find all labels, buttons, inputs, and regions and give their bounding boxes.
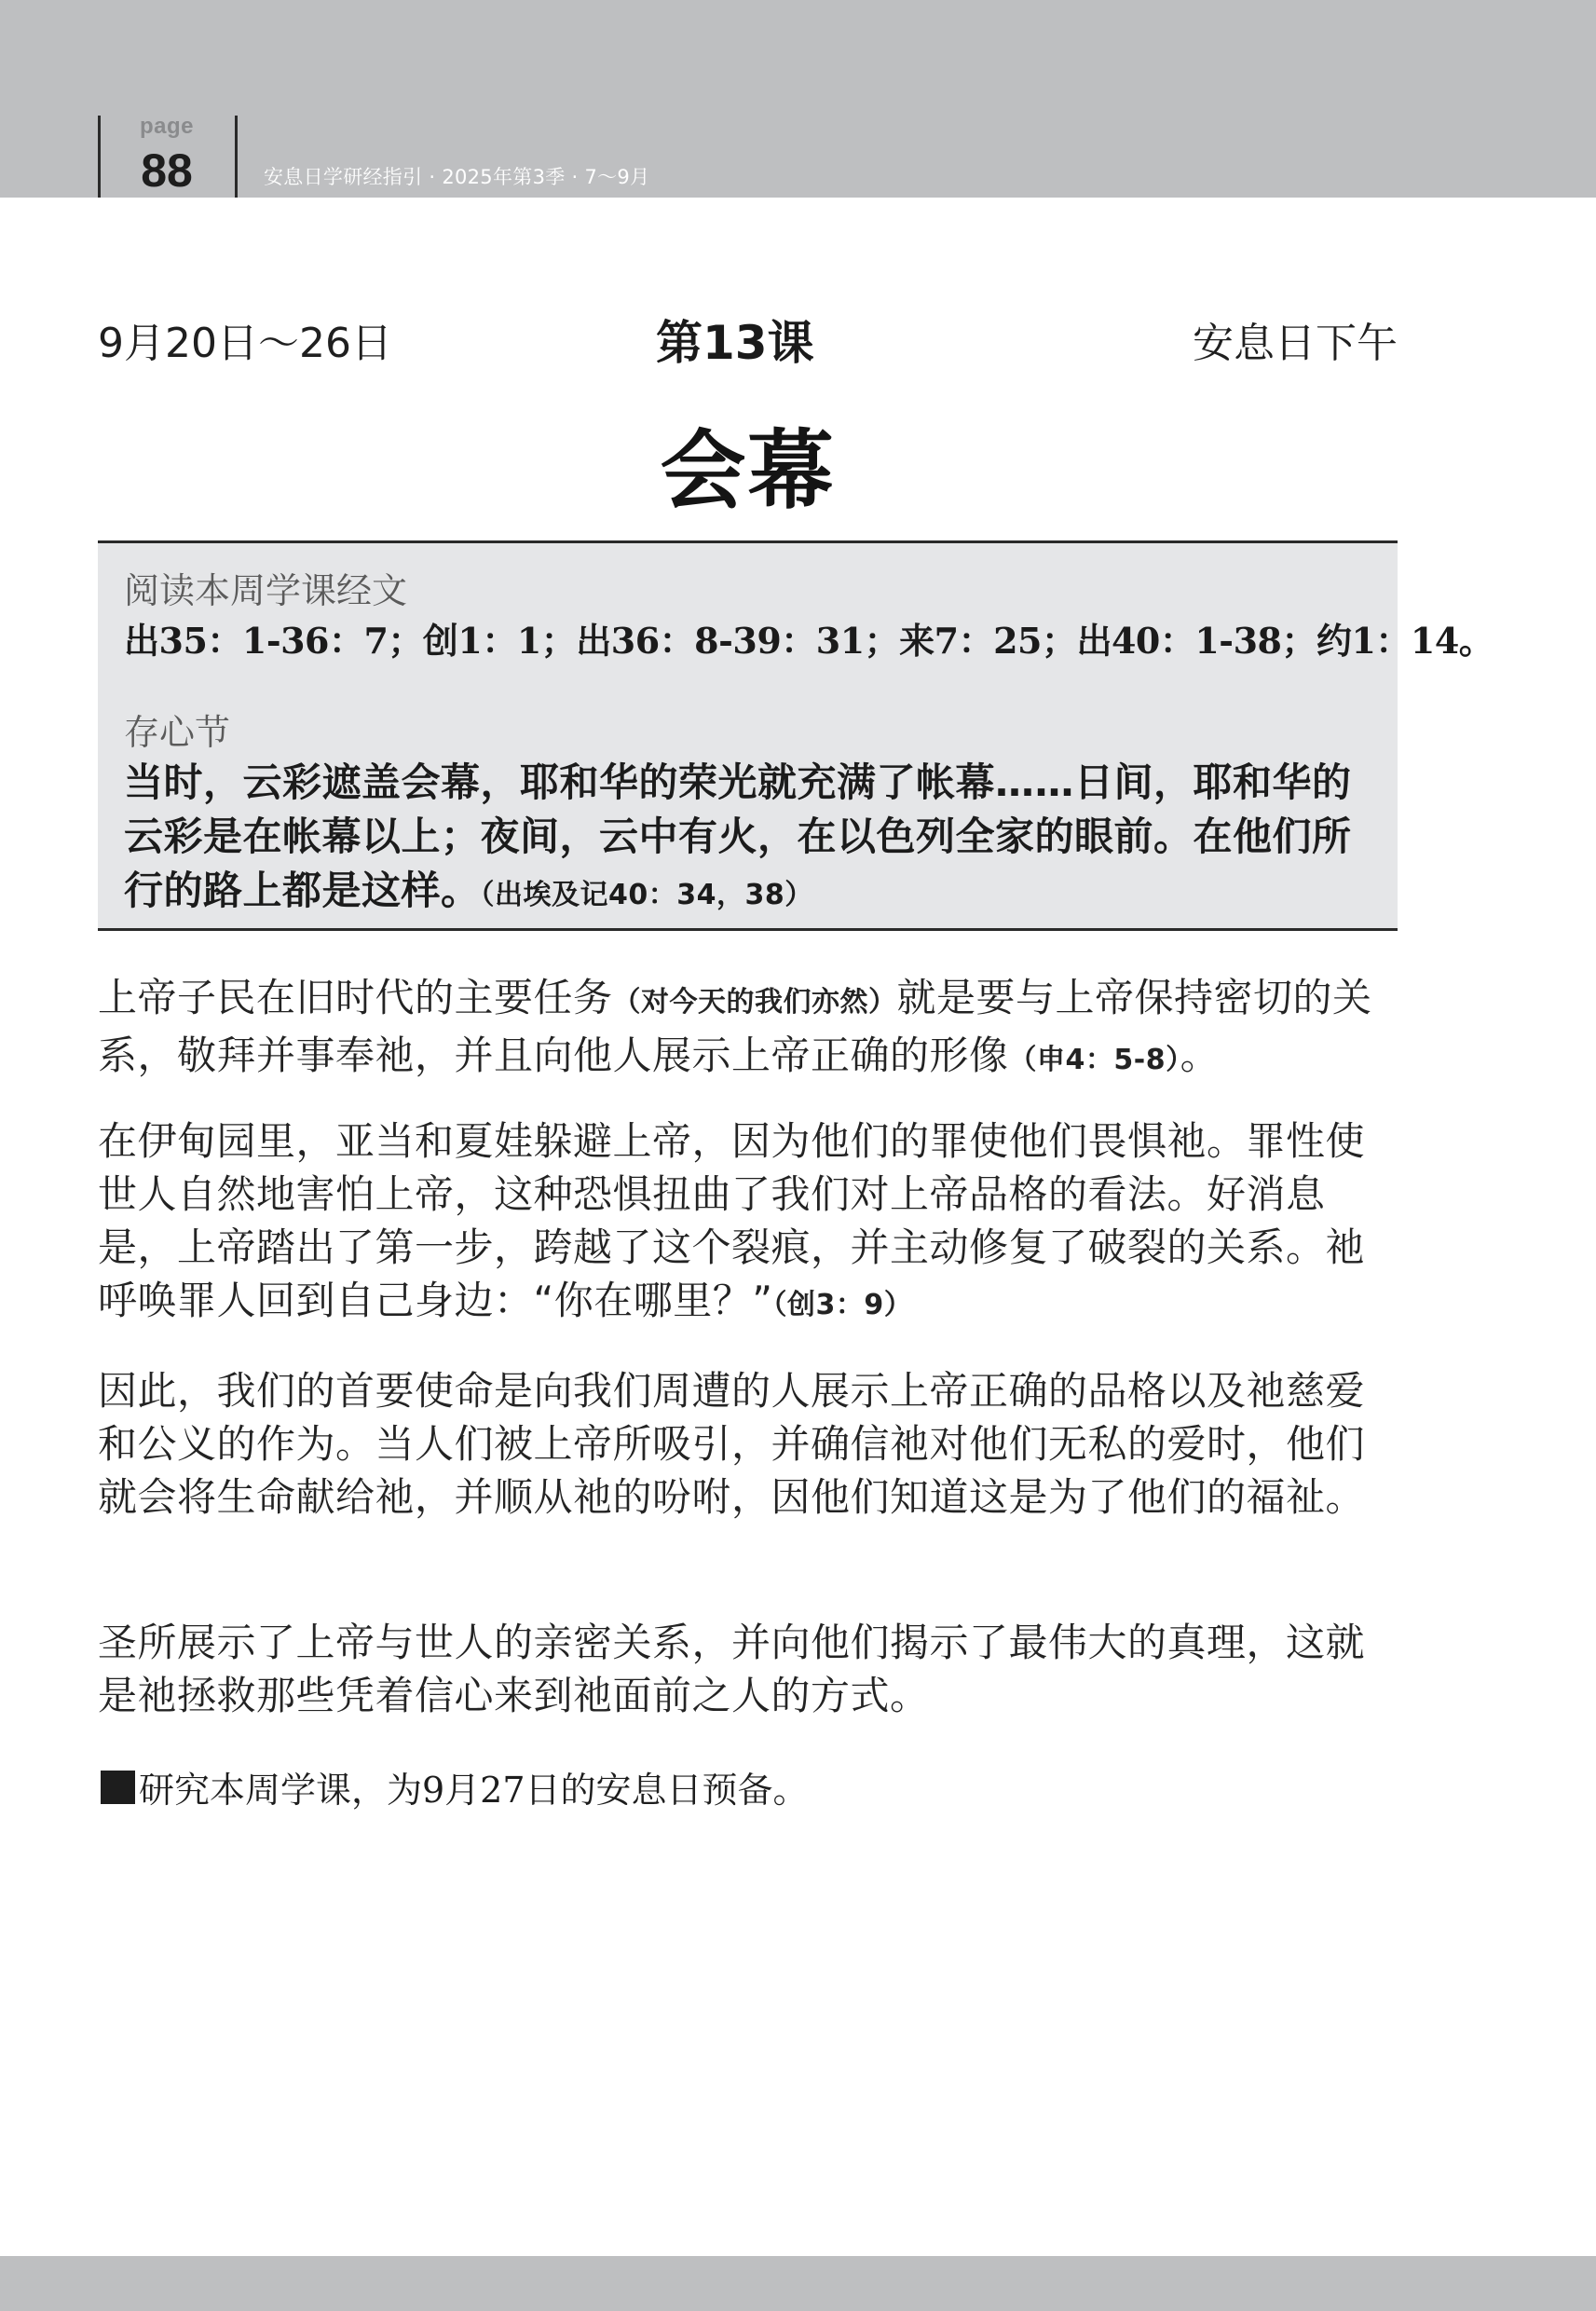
lesson-date-range: 9月20日～26日 — [98, 309, 392, 369]
header-divider-right — [235, 116, 238, 198]
bible-reference: （创3：9） — [773, 1289, 913, 1321]
paragraph-text: 。 — [1180, 1032, 1221, 1078]
reading-label: 阅读本周学课经文 — [124, 562, 407, 613]
black-square-bullet-icon — [101, 1771, 135, 1804]
running-head: 安息日学研经指引 · 2025年第3季 · 7～9月 — [264, 162, 649, 190]
inline-note: （对今天的我们亦然） — [613, 986, 897, 1019]
memory-verse: 当时，云彩遮盖会幕，耶和华的荣光就充满了帐幕……日间，耶和华的云彩是在帐幕以上；… — [124, 756, 1377, 923]
body-paragraph-4: 圣所展示了上帝与世人的亲密关系，并向他们揭示了最伟大的真理，这就是祂拯救那些凭着… — [98, 1616, 1402, 1722]
lesson-number: 第13课 — [656, 306, 814, 373]
paragraph-text: 因此，我们的首要使命是向我们周遭的人展示上帝正确的品格以及祂慈爱和公义的作为。当… — [98, 1368, 1365, 1520]
page-number: 88 — [101, 144, 233, 197]
paragraph-text: 圣所展示了上帝与世人的亲密关系，并向他们揭示了最伟大的真理，这就是祂拯救那些凭着… — [98, 1620, 1365, 1718]
paragraph-text: 上帝子民在旧时代的主要任务 — [98, 975, 613, 1020]
closing-text: 研究本周学课，为9月27日的安息日预备。 — [139, 1761, 809, 1812]
lesson-title: 会幕 — [0, 403, 1495, 526]
reading-references: 出35：1-36：7；创1：1；出36：8-39：31；来7：25；出40：1-… — [124, 612, 1494, 663]
memory-verse-label: 存心节 — [124, 704, 230, 755]
paragraph-text: 在伊甸园里，亚当和夏娃躲避上帝，因为他们的罪使他们畏惧祂。罪性使世人自然地害怕上… — [98, 1118, 1365, 1323]
page-label: page — [101, 114, 233, 140]
header-band — [0, 0, 1596, 198]
body-paragraph-1: 上帝子民在旧时代的主要任务（对今天的我们亦然）就是要与上帝保持密切的关系，敬拜并… — [98, 971, 1402, 1087]
memory-verse-reference: （出埃及记40：34，38） — [481, 879, 813, 911]
body-paragraph-3: 因此，我们的首要使命是向我们周遭的人展示上帝正确的品格以及祂慈爱和公义的作为。当… — [98, 1364, 1402, 1524]
bible-reference: （申4：5-8） — [1009, 1044, 1180, 1076]
footer-band — [0, 2256, 1596, 2311]
body-paragraph-2: 在伊甸园里，亚当和夏娃躲避上帝，因为他们的罪使他们畏惧祂。罪性使世人自然地害怕上… — [98, 1114, 1402, 1332]
lesson-day: 安息日下午 — [1193, 309, 1398, 369]
closing-instruction: 研究本周学课，为9月27日的安息日预备。 — [101, 1761, 809, 1812]
lesson-meta-row: 9月20日～26日 第13课 安息日下午 — [98, 309, 1398, 365]
scripture-box: 阅读本周学课经文 出35：1-36：7；创1：1；出36：8-39：31；来7：… — [98, 540, 1398, 931]
